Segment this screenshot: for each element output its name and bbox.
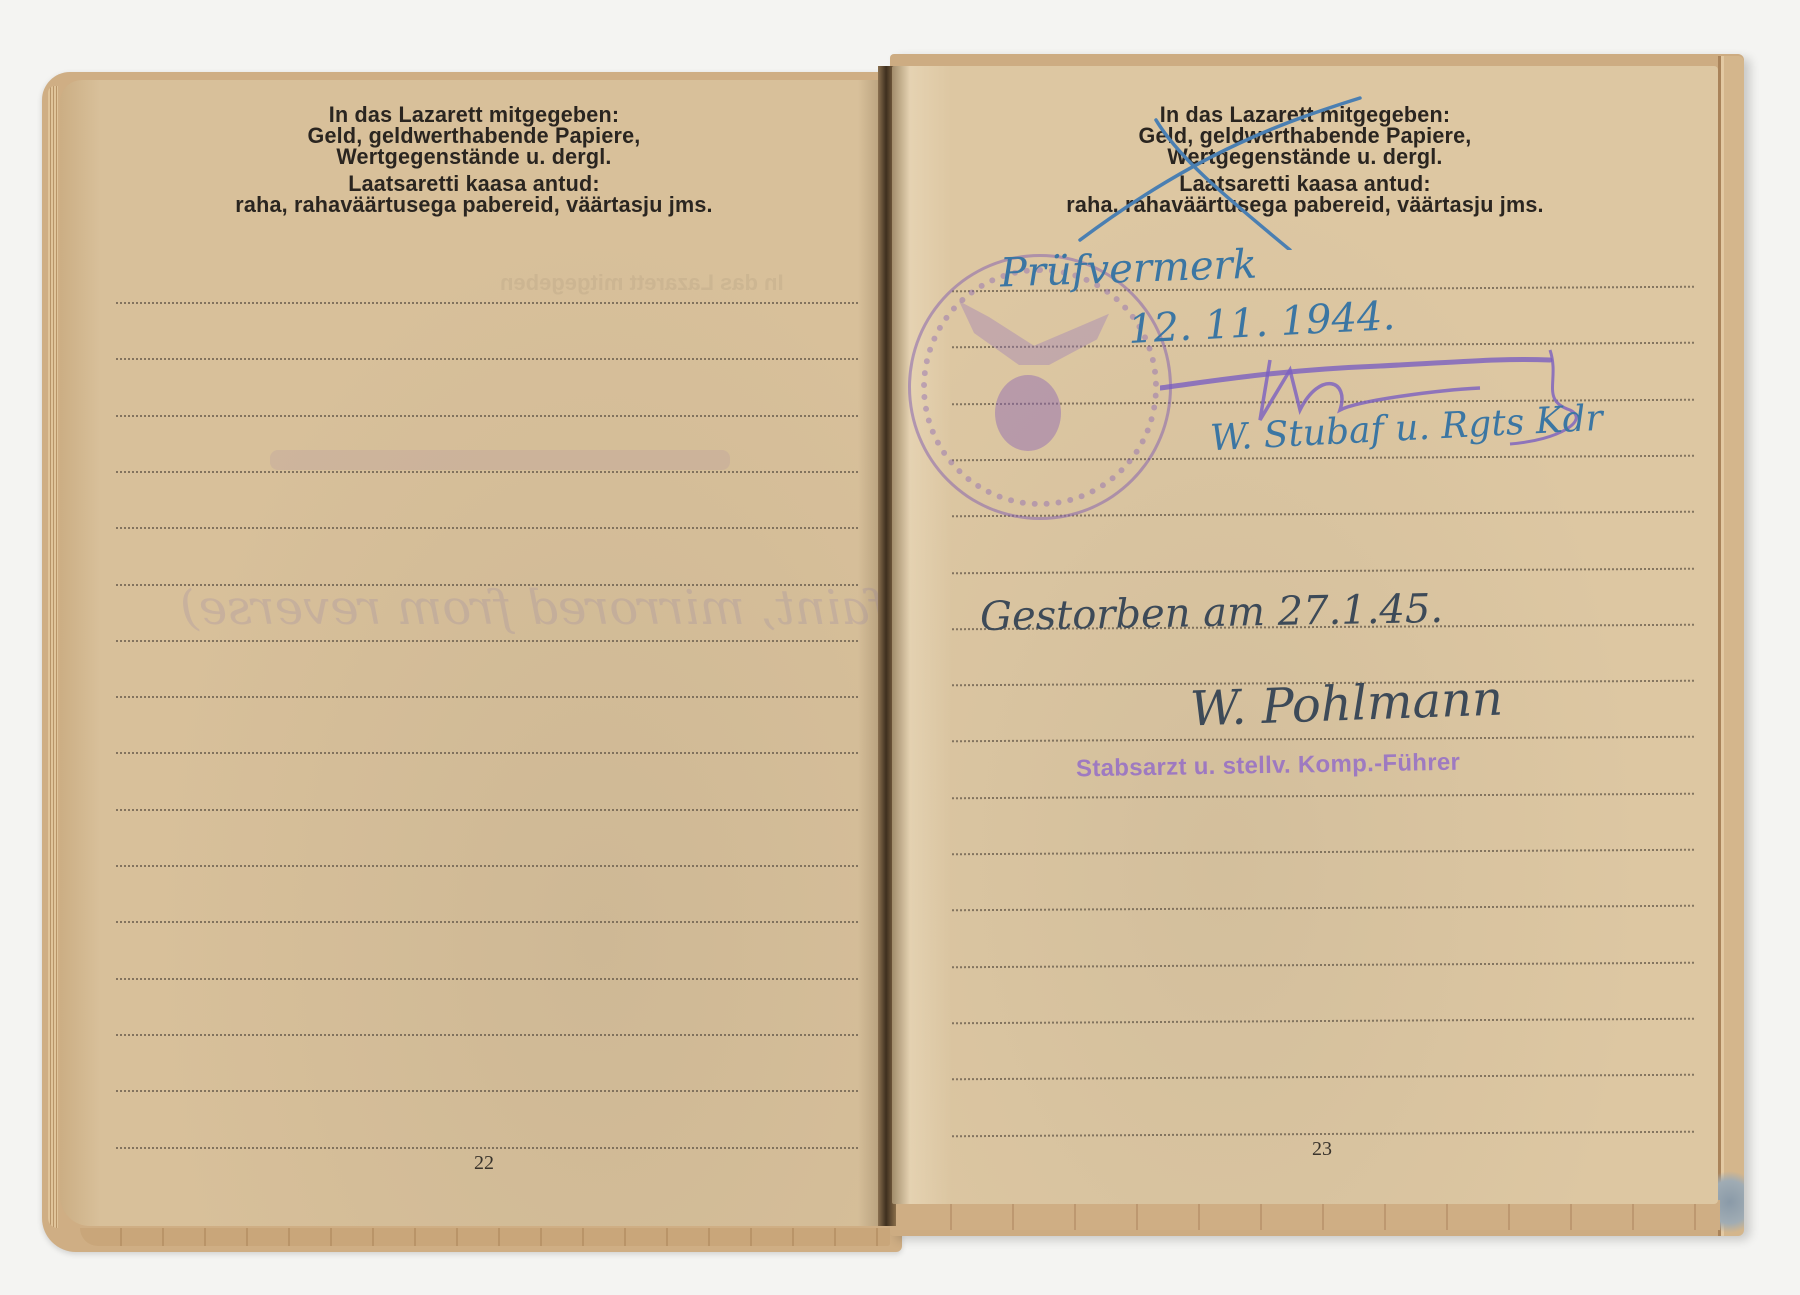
page-22: In das Lazarett mitgegeben W. Pohlmann (…: [60, 80, 888, 1226]
handwritten-death-note: Gestorben am 27.1.45.: [980, 586, 1444, 640]
right-bottom-page-edges: [890, 1200, 1720, 1230]
ruled-line: [952, 1018, 1694, 1025]
ruled-line: [116, 696, 858, 698]
ruled-line: [116, 865, 858, 867]
ruled-line: [116, 358, 858, 360]
left-bottom-page-edges: [80, 1228, 890, 1246]
ruled-line: [952, 736, 1694, 743]
ruled-line: [952, 905, 1694, 912]
ruled-line: [116, 415, 858, 417]
ruled-line: [116, 752, 858, 754]
header-line-de-2: Geld, geldwerthabende Papiere,: [68, 125, 879, 146]
ruled-line: [116, 640, 858, 642]
show-through-stamp: [270, 450, 730, 470]
ruled-line: [116, 527, 858, 529]
page-number-23: 23: [1312, 1138, 1332, 1161]
header-line-et-1: Laatsaretti kaasa antud:: [68, 173, 879, 194]
ruled-line: [116, 921, 858, 923]
show-through-text: In das Lazarett mitgegeben: [500, 270, 784, 296]
ruled-line: [116, 978, 858, 980]
ruled-line: [952, 961, 1694, 968]
ruled-line: [952, 849, 1694, 856]
wreath-emblem: [995, 375, 1061, 451]
right-cover-edge: [1718, 56, 1744, 1236]
ruled-line: [952, 1074, 1694, 1081]
ruled-line: [116, 1147, 858, 1149]
cross-out-mark: [1050, 90, 1390, 250]
open-booklet: In das Lazarett mitgegeben W. Pohlmann (…: [0, 0, 1800, 1295]
ruled-line: [116, 471, 858, 473]
ruled-line: [116, 1090, 858, 1092]
handwritten-signature-pohlmann: W. Pohlmann: [1189, 671, 1504, 738]
page-number-22: 22: [474, 1152, 494, 1175]
show-through-signature: W. Pohlmann (faint, mirrored from revers…: [180, 580, 888, 636]
ruled-line: [952, 567, 1694, 574]
handwritten-pruefvermerk: Prüfvermerk: [999, 242, 1257, 297]
header-line-de-1: In das Lazarett mitgegeben:: [68, 104, 879, 125]
page-header-left: In das Lazarett mitgegeben: Geld, geldwe…: [60, 104, 888, 215]
ruled-line: [116, 584, 858, 586]
ruled-line: [116, 1034, 858, 1036]
ruled-line: [116, 302, 858, 304]
header-line-de-3: Wertgegenstände u. dergl.: [68, 146, 879, 167]
header-line-et-2: raha, rahaväärtusega pabereid, väärtasju…: [68, 194, 879, 215]
ruled-line: [116, 809, 858, 811]
ruled-line: [952, 792, 1694, 799]
ruled-line: [952, 1130, 1694, 1137]
